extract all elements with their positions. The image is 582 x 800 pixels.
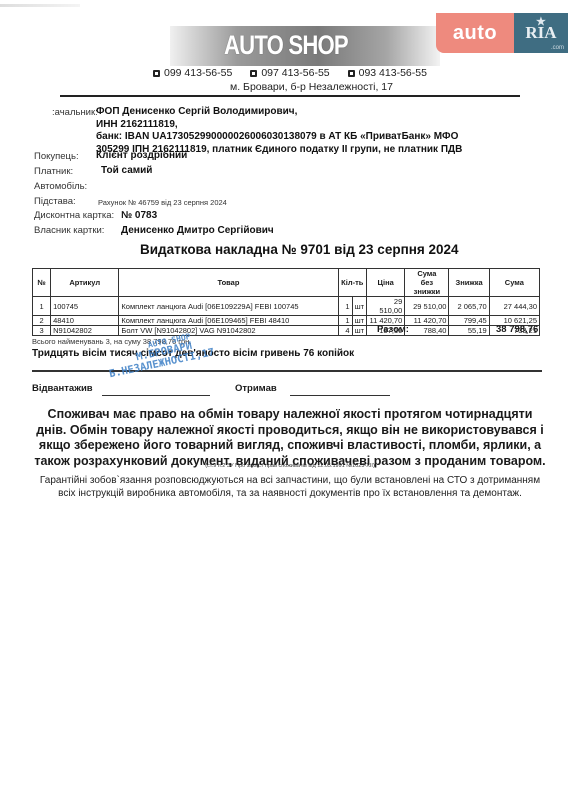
scan-artifact bbox=[0, 4, 80, 7]
table-row: 2 48410 Комплект ланцюга Audi [06E109465… bbox=[33, 316, 540, 326]
col-sum-no-discount-line1: Сума bbox=[407, 269, 446, 278]
cell-discount: 2 065,70 bbox=[449, 297, 489, 316]
phone-list: 099 413-56-55 097 413-56-55 093 413-56-5… bbox=[153, 67, 445, 79]
total-label: Разом: bbox=[377, 324, 409, 335]
car-label: Автомобіль: bbox=[34, 181, 87, 192]
autoria-suffix: .com bbox=[551, 45, 564, 51]
autoria-left: auto bbox=[436, 13, 514, 53]
cell-no: 2 bbox=[33, 316, 51, 326]
table-row: 1 100745 Комплект ланцюга Audi [06E10922… bbox=[33, 297, 540, 316]
cell-sum: 27 444,30 bbox=[489, 297, 539, 316]
buyer-value: Клієнт роздрібний bbox=[96, 150, 187, 161]
shop-name: AUTO SHOP bbox=[224, 30, 348, 61]
shipped-by-signature-line bbox=[102, 395, 210, 396]
received-by-label: Отримав bbox=[235, 383, 277, 394]
phone-number: 093 413-56-55 bbox=[359, 67, 427, 79]
col-qty: Кіл-ть bbox=[338, 269, 367, 297]
card-owner-value: Денисенко Дмитро Сергійович bbox=[121, 225, 274, 236]
law-reference: (ст.9 п.2 ЗУ Про захист прав споживачів … bbox=[34, 463, 546, 469]
phone-number: 097 413-56-55 bbox=[261, 67, 329, 79]
cell-unit: шт bbox=[352, 297, 367, 316]
supplier-label: :ачальник: bbox=[52, 107, 98, 118]
cell-article: 100745 bbox=[51, 297, 119, 316]
cell-qty: 1 bbox=[338, 316, 352, 326]
cell-no: 1 bbox=[33, 297, 51, 316]
col-product: Товар bbox=[119, 269, 338, 297]
supplier-line: ИНН 2162111819, bbox=[96, 119, 462, 132]
table-row: 3 N91042802 Болт VW [N91042802] VAG N910… bbox=[33, 326, 540, 336]
cell-qty: 1 bbox=[338, 297, 352, 316]
cell-sum-no-discount: 29 510,00 bbox=[405, 297, 449, 316]
basis-label: Підстава: bbox=[34, 196, 76, 207]
star-icon: ★ bbox=[536, 15, 546, 28]
header-divider bbox=[60, 95, 520, 97]
items-table: № Артикул Товар Кіл-ть Ціна Сумабез зниж… bbox=[32, 268, 540, 336]
received-by-signature-line bbox=[290, 395, 390, 396]
document-title: Видаткова накладна № 9701 від 23 серпня … bbox=[140, 242, 459, 257]
payer-value: Той самий bbox=[101, 165, 152, 176]
supplier-details: ФОП Денисенко Сергій Володимирович, ИНН … bbox=[96, 106, 462, 156]
basis-value: Рахунок № 46759 від 23 серпня 2024 bbox=[98, 198, 227, 207]
cell-discount: 799,45 bbox=[449, 316, 489, 326]
cell-price: 29 510,00 bbox=[367, 297, 405, 316]
discount-card-value: № 0783 bbox=[121, 210, 157, 221]
col-discount: Знижка bbox=[449, 269, 489, 297]
consumer-rights-notice: Споживач має право на обмін товару належ… bbox=[34, 407, 546, 469]
cell-discount: 55,19 bbox=[449, 326, 489, 336]
autoria-watermark: auto ★ RIA .com bbox=[436, 13, 568, 53]
supplier-line: банк: IBAN UA173052990000026006030138079… bbox=[96, 131, 462, 144]
phone-item: 093 413-56-55 bbox=[348, 67, 427, 79]
warranty-notice: Гарантійні зобов`язання розповсюджуються… bbox=[34, 474, 546, 500]
cell-sum-no-discount: 11 420,70 bbox=[405, 316, 449, 326]
payer-label: Платник: bbox=[34, 166, 73, 177]
discount-card-label: Дисконтна картка: bbox=[34, 210, 114, 221]
cell-product: Болт VW [N91042802] VAG N91042802 bbox=[119, 326, 338, 336]
phone-icon bbox=[348, 70, 355, 77]
cell-article: 48410 bbox=[51, 316, 119, 326]
phone-icon bbox=[153, 70, 160, 77]
total-value: 38 798,76 bbox=[496, 324, 538, 335]
cell-product: Комплект ланцюга Audi [06E109229A] FEBI … bbox=[119, 297, 338, 316]
shop-address: м. Бровари, б-р Незалежності, 17 bbox=[230, 81, 393, 93]
shipped-by-label: Відвантажив bbox=[32, 383, 93, 394]
col-no: № bbox=[33, 269, 51, 297]
table-header-row: № Артикул Товар Кіл-ть Ціна Сумабез зниж… bbox=[33, 269, 540, 297]
cell-article: N91042802 bbox=[51, 326, 119, 336]
card-owner-label: Власник картки: bbox=[34, 225, 104, 236]
cell-no: 3 bbox=[33, 326, 51, 336]
col-sum-no-discount: Сумабез знижки bbox=[405, 269, 449, 297]
phone-item: 099 413-56-55 bbox=[153, 67, 232, 79]
cell-unit: шт bbox=[352, 326, 367, 336]
phone-number: 099 413-56-55 bbox=[164, 67, 232, 79]
cell-unit: шт bbox=[352, 316, 367, 326]
supplier-line: ФОП Денисенко Сергій Володимирович, bbox=[96, 106, 462, 119]
cell-product: Комплект ланцюга Audi [06E109465] FEBI 4… bbox=[119, 316, 338, 326]
cell-qty: 4 bbox=[338, 326, 352, 336]
col-article: Артикул bbox=[51, 269, 119, 297]
phone-icon bbox=[250, 70, 257, 77]
col-sum-no-discount-line2: без знижки bbox=[407, 278, 446, 296]
buyer-label: Покупець: bbox=[34, 151, 79, 162]
col-sum: Сума bbox=[489, 269, 539, 297]
col-price: Ціна bbox=[367, 269, 405, 297]
autoria-right: ★ RIA .com bbox=[514, 13, 568, 53]
phone-item: 097 413-56-55 bbox=[250, 67, 329, 79]
cell-sum-no-discount: 788,40 bbox=[405, 326, 449, 336]
